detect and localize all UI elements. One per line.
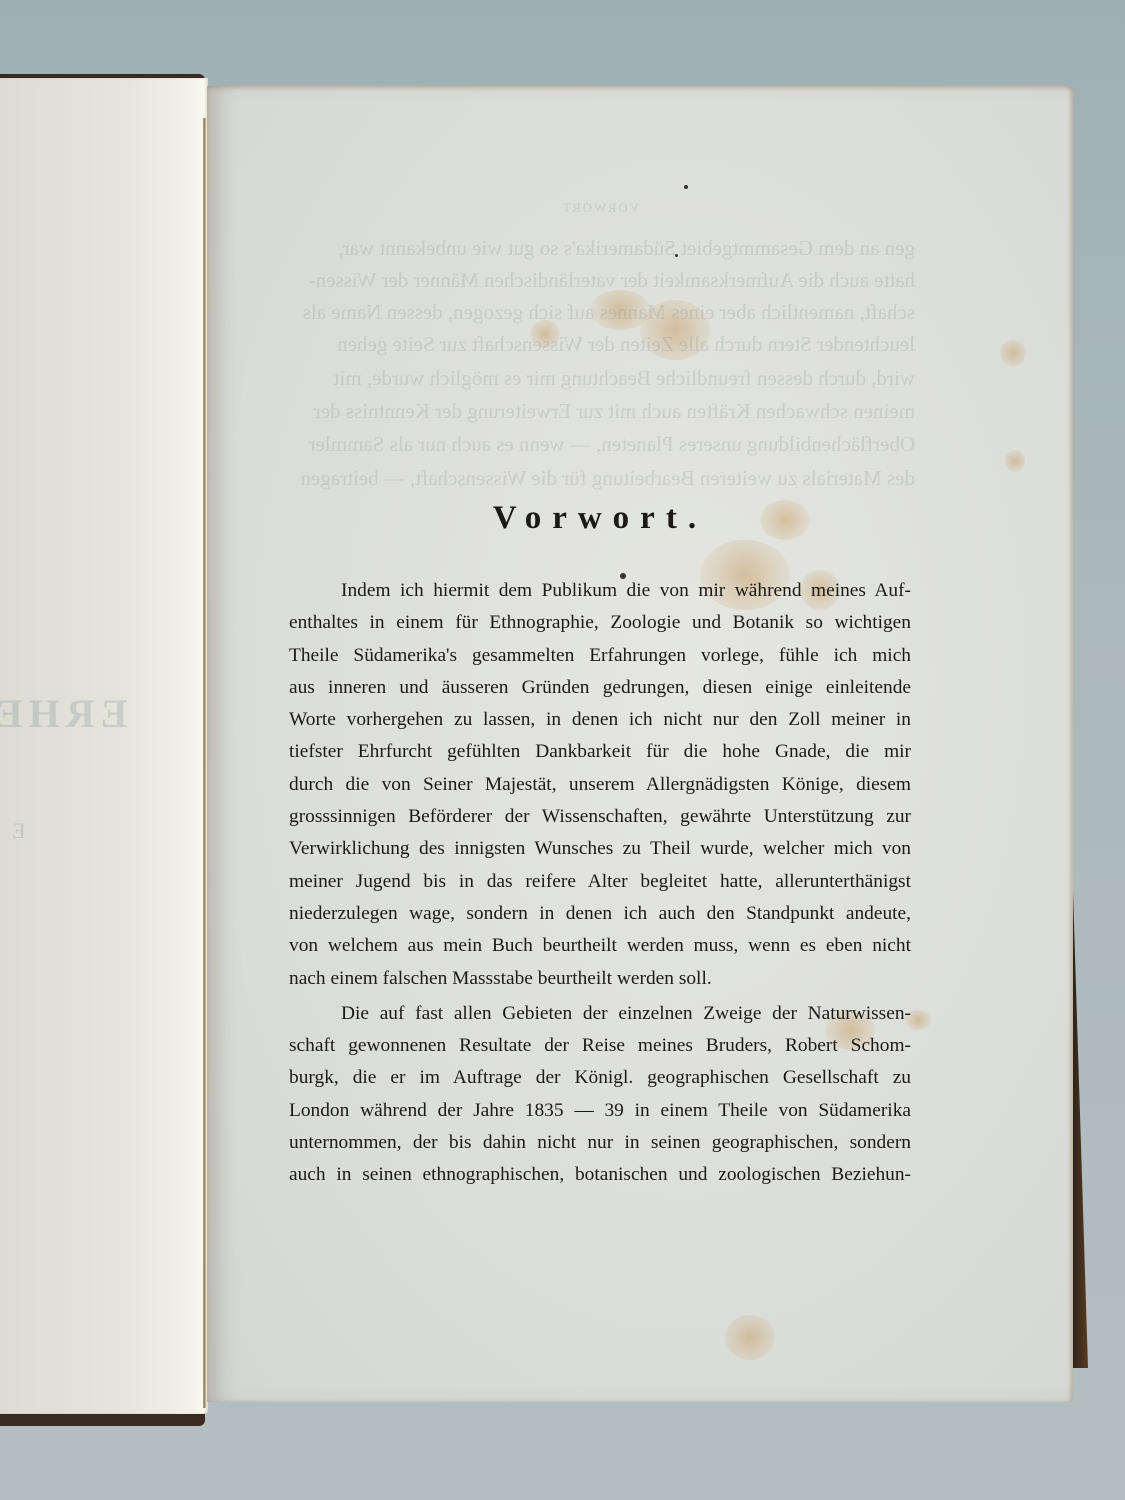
left-page-show-through: ERHE xyxy=(0,690,127,737)
text-line: niederzulegen wage, sondern in denen ich… xyxy=(289,898,911,930)
text-line: Die auf fast allen Gebieten der einzelne… xyxy=(289,998,911,1030)
text-line: tiefster Ehrfurcht gefühlten Dankbarkeit… xyxy=(289,736,911,768)
bleed-line: meinen schwachen Kräften auch mit zur Er… xyxy=(285,395,915,427)
text-line: schaft gewonnenen Resultate der Reise me… xyxy=(289,1030,911,1062)
bleed-line: des Materials zu weiteren Bearbeitung fü… xyxy=(285,462,915,494)
ink-speck xyxy=(684,185,688,189)
text-line: burgk, die er im Auftrage der Königl. ge… xyxy=(289,1062,911,1094)
text-line: Indem ich hiermit dem Publikum die von m… xyxy=(289,575,911,607)
left-page-show-through-small: E xyxy=(12,818,25,844)
paragraph-1: Indem ich hiermit dem Publikum die von m… xyxy=(289,575,911,995)
text-line: von welchem aus mein Buch beurtheilt wer… xyxy=(289,930,911,962)
gutter xyxy=(203,118,206,1408)
text-line: grosssinnigen Beförderer der Wissenschaf… xyxy=(289,801,911,833)
text-line: meiner Jugend bis in das reifere Alter b… xyxy=(289,866,911,898)
foxing-stain xyxy=(1000,340,1026,366)
bleed-line: wird, durch dessen freundliche Beachtung… xyxy=(285,362,915,394)
text-line: Theile Südamerika's gesammelten Erfahrun… xyxy=(289,640,911,672)
text-line: London während der Jahre 1835 — 39 in ei… xyxy=(289,1095,911,1127)
bleed-line: Oberflächenbildung unseres Planeten, — w… xyxy=(285,428,915,460)
bleed-running-head: VORWORT xyxy=(285,192,915,224)
text-line: nach einem falschen Massstabe beurtheilt… xyxy=(289,963,911,995)
bleed-line: schaft, namentlich aber eines Mannes auf… xyxy=(285,296,915,328)
text-line: Worte vorhergehen zu lassen, in denen ic… xyxy=(289,704,911,736)
text-line: aus inneren und äusseren Gründen gedrung… xyxy=(289,672,911,704)
page-content: Vorwort. Indem ich hiermit dem Publikum … xyxy=(289,500,911,1192)
text-line: durch die von Seiner Majestät, unserem A… xyxy=(289,769,911,801)
bleed-line: gen an dem Gesammtgebiet Südamerika's so… xyxy=(285,232,915,264)
text-line: enthaltes in einem für Ethnographie, Zoo… xyxy=(289,607,911,639)
foxing-stain xyxy=(725,1315,775,1360)
text-line: unternommen, der bis dahin nicht nur in … xyxy=(289,1127,911,1159)
bleed-line: hatte auch die Aufmerksamkeit der vaterl… xyxy=(285,264,915,296)
foxing-stain xyxy=(1005,450,1025,472)
left-page: ERHE E xyxy=(0,78,208,1414)
text-line: auch in seinen ethnographischen, botanis… xyxy=(289,1159,911,1191)
bleed-line: leuchtender Stern durch alle Zeiten der … xyxy=(285,328,915,360)
page-title: Vorwort. xyxy=(289,500,911,537)
text-line: Verwirklichung des innigsten Wunsches zu… xyxy=(289,833,911,865)
paragraph-2: Die auf fast allen Gebieten der einzelne… xyxy=(289,998,911,1192)
